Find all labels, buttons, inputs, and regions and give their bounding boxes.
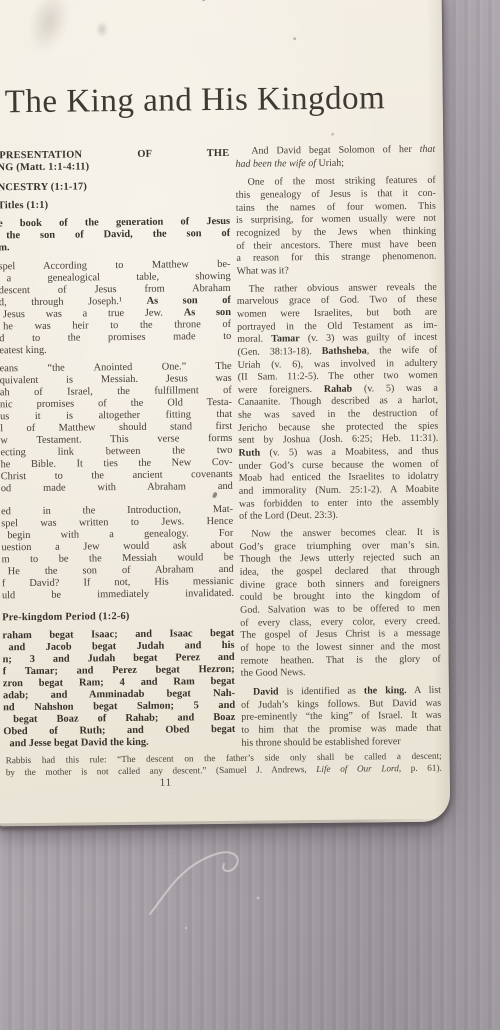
- page-number: 11: [152, 777, 180, 788]
- text-segment: Canaanite. Though described as a harlot,: [238, 395, 438, 408]
- text-segment: idea, the gospel declared that through: [240, 565, 440, 578]
- text-line: to him that the promise was made that: [241, 723, 441, 738]
- text-line: PRESENTATION OF THE: [0, 148, 229, 162]
- paragraph: The rather obvious answer reveals themar…: [237, 281, 440, 524]
- text-segment: God’s grace triumphing over man’s sin.: [239, 539, 439, 552]
- text-segment: sent by Joshua (Josh. 6:25; Heb. 11:31).: [238, 433, 438, 446]
- text-segment: d to the promises made to: [0, 331, 231, 344]
- paragraph: And David begat Solomon of her thathad b…: [235, 144, 435, 171]
- text-segment: The rather obvious answer reveals the: [249, 281, 437, 294]
- text-segment: A list: [407, 685, 441, 696]
- paragraph: One of the most striking features ofthis…: [236, 175, 437, 278]
- text-segment: m.: [0, 242, 10, 253]
- text-segment: to him that the promise was made that: [241, 723, 441, 736]
- text-line: od made with Abraham and: [1, 481, 233, 495]
- text-segment: the king.: [364, 685, 407, 696]
- scratch-mark: [128, 828, 298, 953]
- text-segment: What was it?: [237, 265, 289, 277]
- text-line: d to the promises made to: [0, 331, 231, 345]
- text-segment: Jericho because she protected the spies: [238, 420, 438, 433]
- text-segment: uld be immediately invalidated.: [2, 588, 234, 601]
- text-segment: (v. 5) was a: [352, 383, 438, 395]
- text-line: m.: [0, 240, 230, 254]
- text-segment: Titles (1:1): [0, 200, 48, 212]
- text-segment: (v. 3) was guilty of incest: [300, 332, 438, 344]
- text-line: remote heathen. That is the glory of: [241, 653, 441, 668]
- text-line: Titles (1:1): [0, 198, 230, 212]
- text-segment: begat Boaz of Rahab; and Boaz: [13, 712, 235, 725]
- text-segment: Tamar: [271, 333, 300, 344]
- text-segment: recognized by the Jews when thinking: [236, 226, 436, 239]
- left-column: PRESENTATION OF THENG (Matt. 1:1-4:11)NC…: [0, 148, 236, 750]
- text-line: the Good News.: [241, 666, 441, 681]
- paragraph: e book of the generation of Jesusthe son…: [0, 216, 230, 254]
- text-segment: NCESTRY (1:1-17): [0, 181, 87, 193]
- text-segment: Uriah;: [318, 157, 344, 168]
- text-segment: Moab had enticed the Israelites to idola…: [239, 471, 439, 484]
- text-segment: marvelous grace of God. Two of these: [237, 294, 437, 307]
- text-segment: , the wife of: [367, 345, 438, 357]
- text-segment: portrayed in the Old Testament as im-: [237, 319, 437, 332]
- text-line: Pre-kingdom Period (1:2-6): [2, 610, 234, 624]
- paragraph: spel According to Matthew be-a genealogi…: [0, 259, 231, 357]
- text-segment: could be brought into the kingdom of: [240, 590, 440, 603]
- text-segment: Though the Jews utterly rejected such an: [240, 552, 440, 565]
- section-heading: PRESENTATION OF THENG (Matt. 1:1-4:11): [0, 148, 230, 174]
- text-segment: Jesus was a true Jew.: [3, 307, 184, 320]
- text-segment: Ruth: [238, 448, 260, 459]
- paragraph: David is identified as the king. A listo…: [241, 685, 442, 750]
- section-heading: Titles (1:1): [0, 198, 230, 212]
- text-line: What was it?: [237, 264, 437, 279]
- text-line: had been the wife of Uriah;: [235, 156, 435, 171]
- text-segment: that: [420, 144, 436, 155]
- text-segment: pre-eminently “the king” of Israel. It w…: [241, 710, 441, 723]
- text-line: uld be immediately invalidated.: [2, 588, 234, 602]
- text-segment: David: [253, 686, 279, 697]
- section-heading: NCESTRY (1:1-17): [0, 180, 230, 194]
- text-segment: of their ancestors. There must have been: [236, 238, 436, 251]
- text-segment: this genealogy of Jesus is that it con-: [236, 188, 436, 201]
- text-line: of the Lord (Deut. 23:3).: [239, 509, 439, 524]
- photo-background: The King and His Kingdom PRESENTATION OF…: [0, 0, 500, 1030]
- text-segment: As son: [184, 307, 231, 318]
- text-segment: a genealogical table, showing: [7, 271, 231, 284]
- page-content: The King and His Kingdom PRESENTATION OF…: [0, 0, 450, 826]
- text-segment: is identified as: [278, 685, 363, 697]
- footnote: Rabbis had this rule: “The descent on th…: [6, 750, 442, 779]
- text-segment: moral.: [237, 334, 271, 345]
- text-segment: God. Salvation was to be offered to men: [240, 603, 440, 616]
- text-segment: of the Lord (Deut. 23:3).: [239, 510, 338, 522]
- text-segment: (Gen. 38:13-18).: [237, 346, 321, 358]
- text-segment: she was saved in the destruction of: [238, 408, 438, 421]
- text-segment: his throne should be established forever: [241, 736, 400, 749]
- text-segment: were foreigners.: [238, 384, 324, 396]
- section-heading: Pre-kingdom Period (1:2-6): [2, 610, 234, 624]
- text-segment: (II Sam. 11:2-5). The other two women: [238, 370, 438, 383]
- text-segment: remote heathen. That is the glory of: [241, 653, 441, 666]
- text-line: NCESTRY (1:1-17): [0, 180, 230, 194]
- book-page: The King and His Kingdom PRESENTATION OF…: [0, 0, 450, 826]
- text-line: his throne should be established forever: [241, 735, 441, 750]
- text-segment: divine grace both sinners and foreigners: [240, 577, 440, 590]
- text-segment: under God’s curse because the women of: [239, 458, 439, 471]
- text-line: NG (Matt. 1:1-4:11): [0, 160, 230, 174]
- text-segment: by the mother is not called any descent.…: [6, 764, 317, 777]
- text-segment: Uriah (v. 6), was involved in adultery: [237, 357, 437, 370]
- paragraph: Now the answer becomes clear. It isGod’s…: [239, 527, 441, 681]
- text-line: was forbidden to enter into the assembly: [239, 496, 439, 511]
- text-segment: is surprising, for women usually were no…: [236, 213, 436, 226]
- paragraph: eans “the Anointed One.” Thequivalent is…: [0, 361, 233, 495]
- text-segment: of every class, every color, every creed…: [240, 615, 440, 628]
- text-segment: women were Israelites, but both are: [237, 307, 437, 320]
- paragraph: raham begat Isaac; and Isaac begatand Ja…: [2, 628, 235, 750]
- text-segment: was forbidden to enter into the assembly: [239, 496, 439, 509]
- paragraph: Rabbis had this rule: “The descent on th…: [6, 750, 442, 779]
- text-line: eatest king.: [0, 343, 231, 357]
- text-segment: a reason for this strange phenomenon.: [236, 251, 436, 264]
- text-segment: , p. 61).: [399, 763, 442, 773]
- text-segment: the Good News.: [241, 667, 306, 679]
- text-segment: of Judah’s kings follows. But David was: [241, 697, 441, 710]
- text-segment: d, through Joseph.¹: [0, 296, 147, 309]
- text-segment: and immorality (Num. 25:1-2). A Moabite: [239, 484, 439, 497]
- text-segment: od made with Abraham and: [1, 481, 233, 494]
- text-segment: had been the wife of: [235, 158, 318, 170]
- text-segment: Now the answer becomes clear. It is: [251, 527, 439, 540]
- text-segment: Obed of Ruth; and Obed begat: [3, 724, 235, 737]
- text-segment: The gospel of Jesus Christ is a message: [240, 628, 440, 641]
- text-segment: eatest king.: [0, 345, 47, 356]
- text-segment: As son of: [147, 295, 231, 307]
- text-segment: Bathsheba: [322, 345, 367, 356]
- text-segment: PRESENTATION OF THE: [0, 148, 229, 161]
- text-segment: of hope to the lowest sinner and the mos…: [240, 641, 440, 654]
- text-segment: Pre-kingdom Period (1:2-6): [2, 611, 129, 623]
- text-segment: and Jesse begat David the king.: [9, 737, 148, 749]
- text-segment: One of the most striking features of: [248, 175, 436, 188]
- text-line: and Jesse begat David the king.: [3, 736, 235, 750]
- text-segment: Life of Our Lord: [316, 763, 399, 774]
- text-line: the son of David, the son of: [0, 228, 230, 242]
- text-segment: NG (Matt. 1:1-4:11): [0, 161, 89, 173]
- chapter-title: The King and His Kingdom: [5, 80, 386, 121]
- text-line: a reason for this strange phenomenon.: [236, 251, 436, 266]
- text-segment: tains the names of four women. This: [236, 200, 436, 213]
- right-column: And David begat Solomon of her thathad b…: [235, 144, 441, 750]
- text-segment: the son of David, the son of: [6, 228, 230, 241]
- text-segment: Rahab: [324, 383, 352, 394]
- text-segment: And David begat Solomon of her: [251, 144, 420, 157]
- text-segment: (v. 5) was a Moabitess, and thus: [260, 446, 438, 459]
- paragraph: ed in the Introduction, Mat-spel was wri…: [1, 504, 234, 602]
- text-line: And David begat Solomon of her that: [235, 144, 435, 159]
